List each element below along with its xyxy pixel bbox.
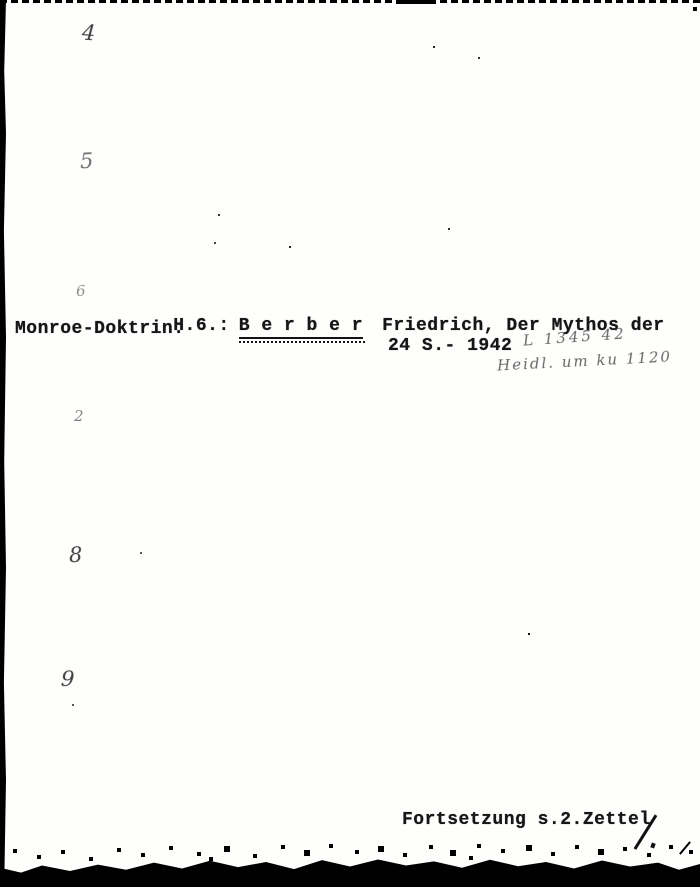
margin-number-5: 5 [79,149,94,174]
top-scan-edge-solid-segment [396,0,436,4]
margin-number-4: 4 [81,21,96,46]
margin-number-9: 9 [60,667,75,692]
author-name-underlined: B e r b e r [239,316,363,339]
bottom-right-stray-mark [679,841,691,855]
continuation-note: Fortsetzung s.2.Zettel [402,810,651,830]
scan-speckles [0,0,2,2]
left-scan-edge-strip [0,0,6,887]
handwritten-slash-dot [650,842,655,848]
margin-number-2: 2 [74,407,84,425]
margin-number-6: 6 [75,282,86,301]
top-scan-edge-dashed-line [0,0,700,3]
entry-line-2: Monroe-Doktrin. [15,319,185,339]
pages-and-year: 24 S.- 1942 [388,336,512,356]
bottom-scan-edge-band [0,855,700,887]
margin-number-8: 8 [69,543,83,567]
